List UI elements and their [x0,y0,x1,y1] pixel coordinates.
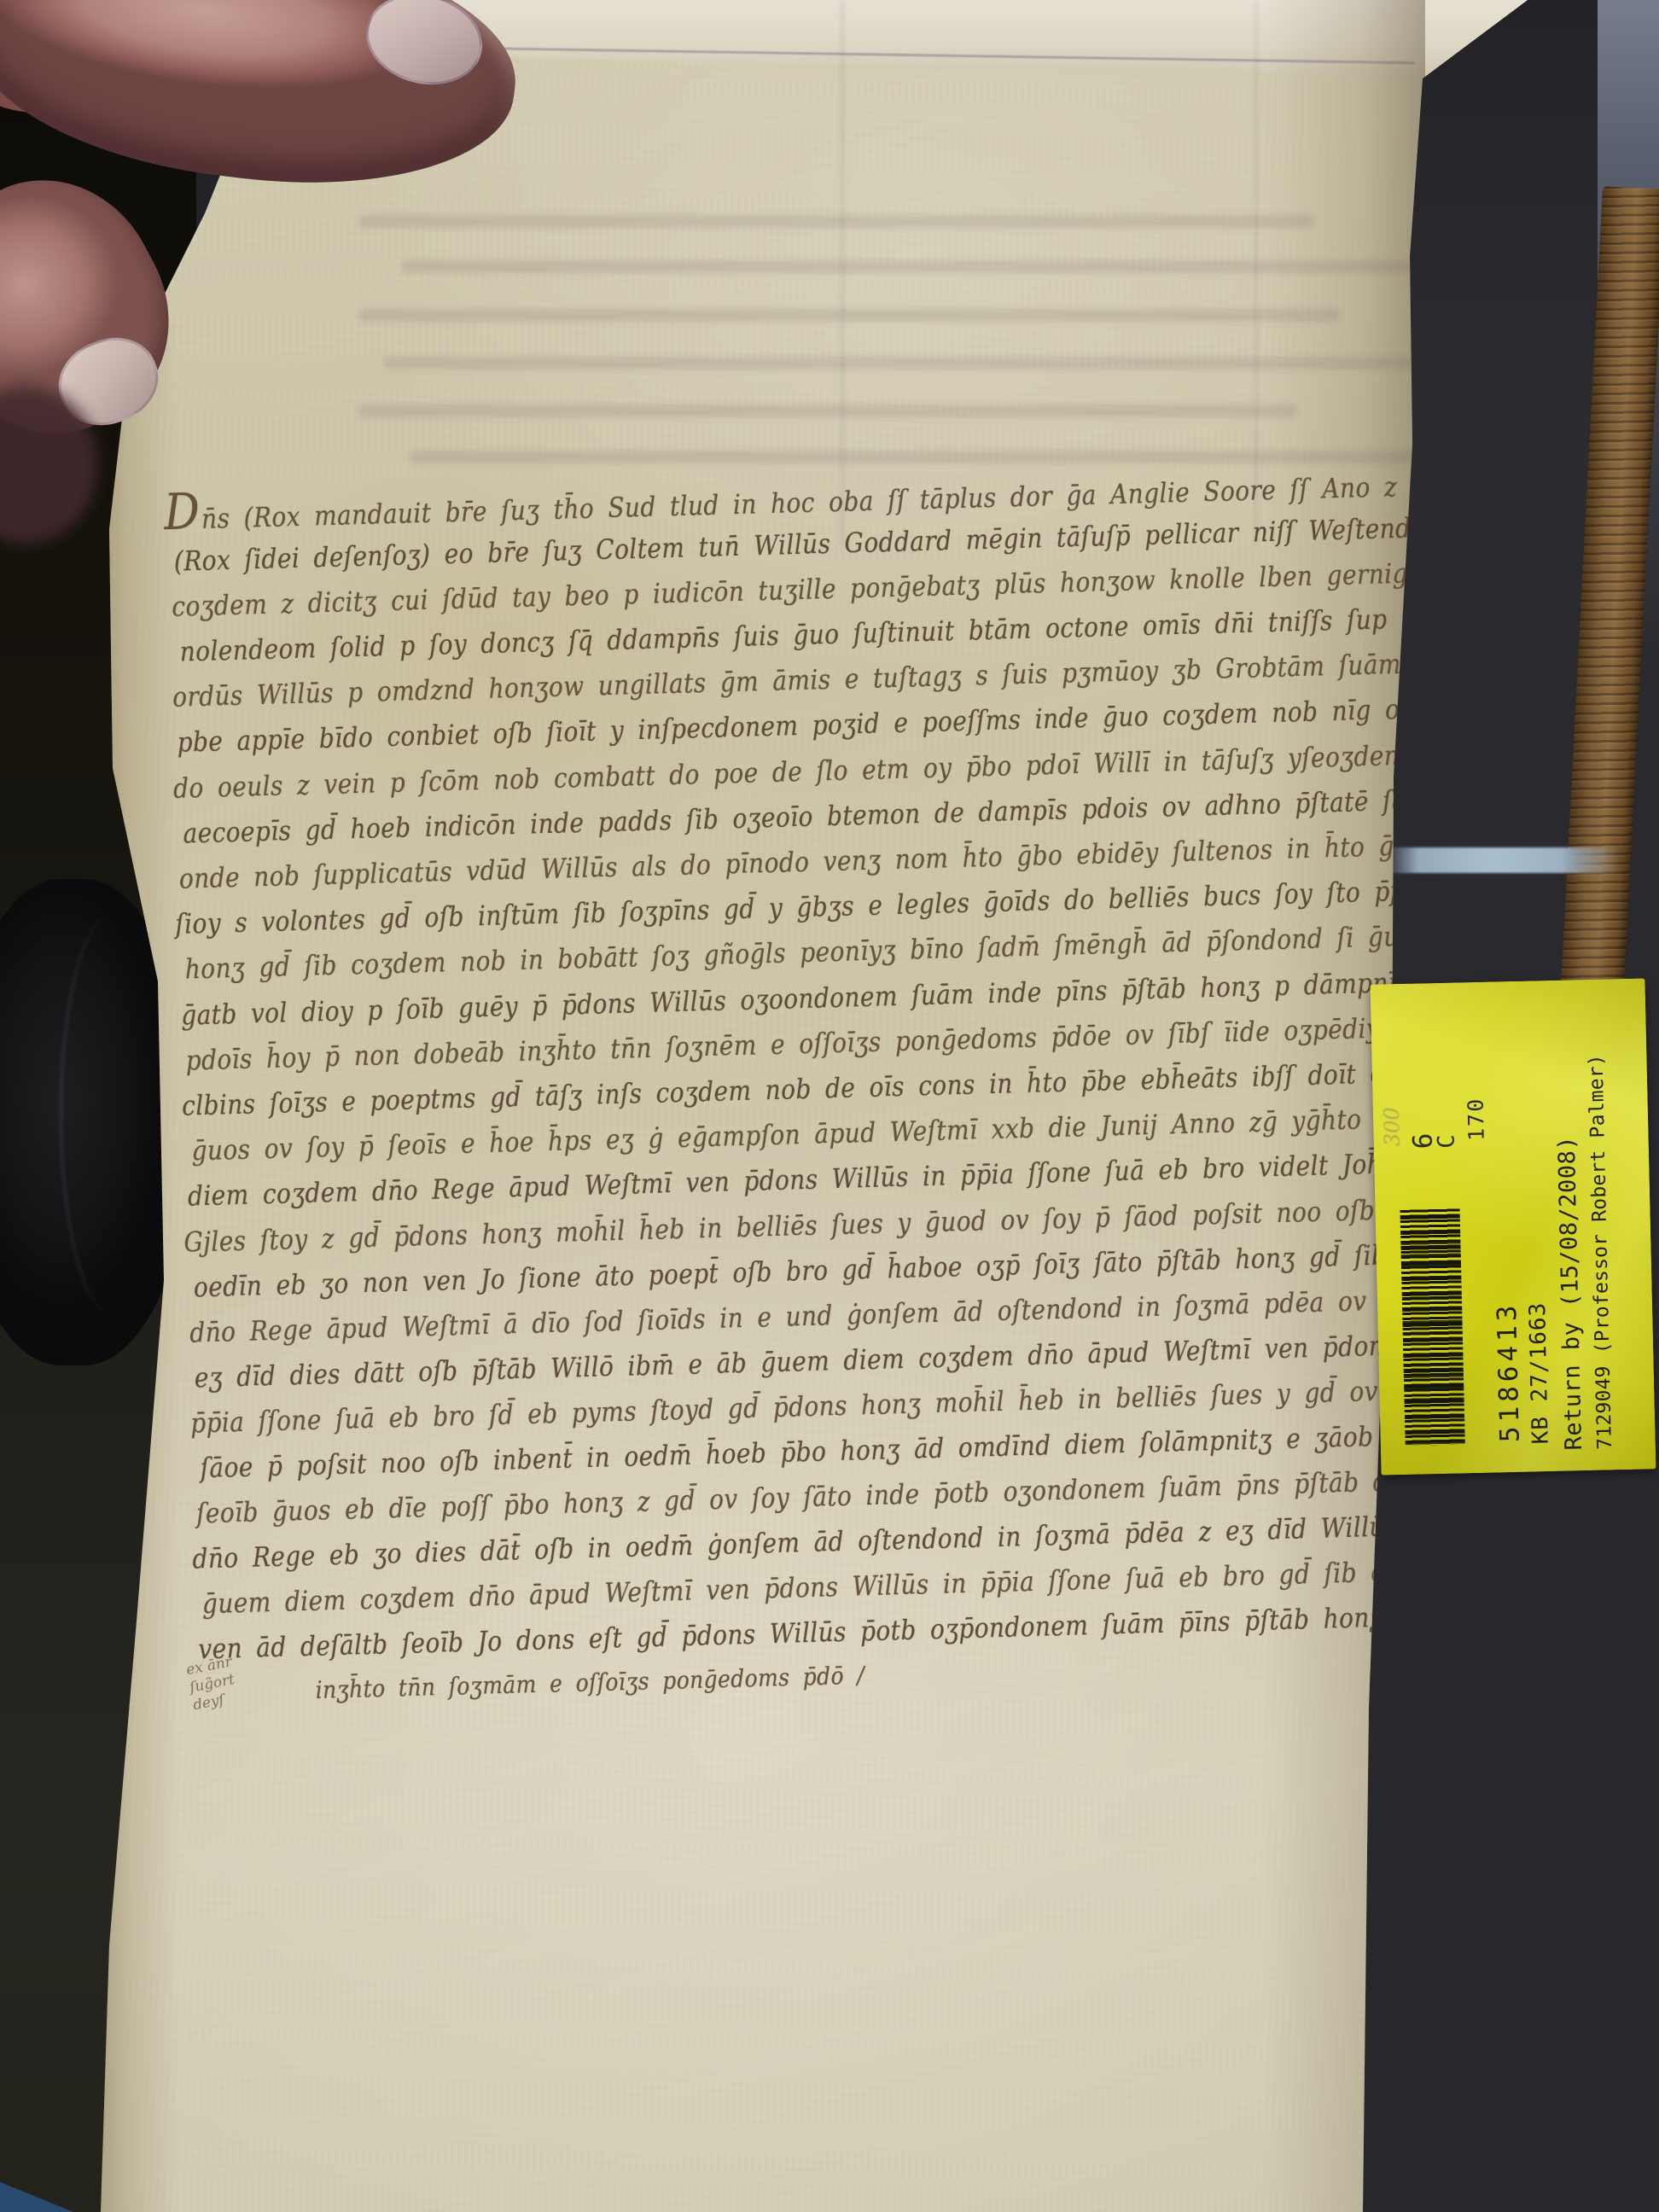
photo-of-manuscript: Dn̄s (Rox mandauit br̄e ſuʒ th̄o Sud tlu… [0,0,1659,2212]
showthrough-line [401,260,1434,273]
marginal-annotation: ex ān̄r ſug̃ort deyſ [184,1653,240,1714]
yellow-archive-label: 5186413 KB 27/1663 Return by (15/08/2008… [1371,978,1656,1475]
pencil-scribble: 300 [1379,1069,1405,1147]
light-gap-sliver [1391,847,1620,873]
showthrough-line [384,357,1434,370]
label-accession-number: 5186413 [1491,1261,1526,1443]
showthrough-line [358,215,1314,228]
label-document-reference: KB 27/1663 [1524,1273,1554,1445]
showthrough-line [410,451,1417,463]
vertical-crease [841,0,844,546]
manuscript-line: inʒh̄to tn̄n ſoʒmām e oſſoīʒs ponḡedoms … [315,1662,864,1704]
manuscript-text-block: Dn̄s (Rox mandauit br̄e ſuʒ th̄o Sud tlu… [164,467,1477,1747]
showthrough-line [358,309,1340,322]
label-handwritten-170: 170 [1464,1097,1489,1142]
vertical-crease [1254,0,1258,546]
showthrough-line [358,405,1297,417]
barcode [1400,1208,1465,1446]
label-handwritten-c: C [1433,1122,1460,1149]
